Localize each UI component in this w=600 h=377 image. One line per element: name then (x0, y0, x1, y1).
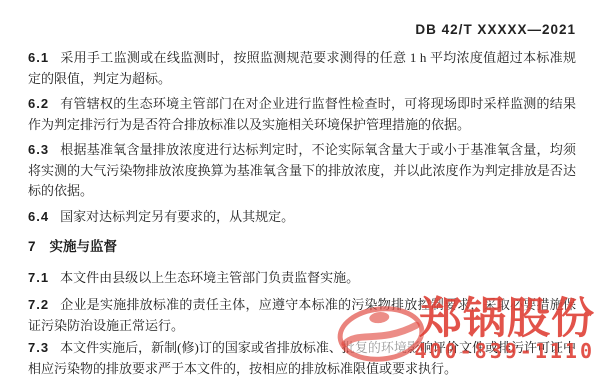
clause-number: 7.1 (28, 270, 49, 285)
clause-text: 有管辖权的生态环境主管部门在对企业进行监督性检查时，可将现场即时采样监测的结果作… (28, 96, 576, 132)
section-7-heading: 7实施与监督 (28, 237, 576, 258)
clause-7-3: 7.3本文件实施后，新制(修)订的国家或省排放标准、批复的环境影响评价文件或排污… (28, 338, 576, 377)
zhengguo-logo-icon (335, 303, 427, 363)
clause-number: 6.4 (28, 209, 49, 224)
clause-number: 7.3 (28, 340, 49, 355)
clause-7-1: 7.1本文件由县级以上生态环境主管部门负责监督实施。 (28, 268, 576, 289)
clause-7-2: 7.2企业是实施排放标准的责任主体，应遵守本标准的污染物排放控制要求，采取必要措… (28, 295, 576, 336)
clause-6-2: 6.2有管辖权的生态环境主管部门在对企业进行监督性检查时，可将现场即时采样监测的… (28, 94, 576, 135)
clause-number: 6.3 (28, 142, 49, 157)
clause-6-1: 6.1采用手工监测或在线监测时，按照监测规范要求测得的任意 1 h 平均浓度值超… (28, 48, 576, 89)
clause-6-4: 6.4国家对达标判定另有要求的，从其规定。 (28, 207, 576, 228)
clause-text: 企业是实施排放标准的责任主体，应遵守本标准的污染物排放控制要求，采取必要措施保证… (28, 297, 576, 333)
clause-text: 根据基准氧含量排放浓度进行达标判定时，不论实际氧含量大于或小于基准氧含量，均须将… (28, 142, 576, 198)
clause-text: 本文件由县级以上生态环境主管部门负责监督实施。 (60, 270, 359, 285)
document-page: DB 42/T XXXXX—2021 6.1采用手工监测或在线监测时，按照监测规… (0, 0, 600, 377)
clause-text: 国家对达标判定另有要求的，从其规定。 (60, 209, 294, 224)
section-title: 实施与监督 (50, 239, 118, 254)
clause-6-3: 6.3根据基准氧含量排放浓度进行达标判定时，不论实际氧含量大于或小于基准氧含量，… (28, 140, 576, 202)
clause-number: 7.2 (28, 297, 49, 312)
clause-text: 本文件实施后，新制(修)订的国家或省排放标准、批复的环境影响评价文件或排污许可证… (28, 340, 576, 376)
section-number: 7 (28, 239, 37, 254)
clause-number: 6.2 (28, 96, 49, 111)
clause-text: 采用手工监测或在线监测时，按照监测规范要求测得的任意 1 h 平均浓度值超过本标… (28, 50, 576, 86)
clause-number: 6.1 (28, 50, 49, 65)
document-number: DB 42/T XXXXX—2021 (28, 22, 576, 38)
